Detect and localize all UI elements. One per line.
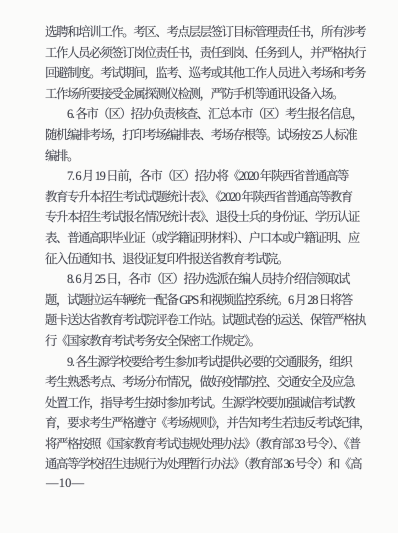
- document-text-block: 选聘和培训工作。考区、考点层层签订目标管理责任书，所有涉考工作人员必须签订岗位责…: [45, 22, 370, 475]
- text-line: 表、普通高职毕业证（或学籍证明材料）、户口本或户籍证明、应: [45, 228, 370, 249]
- text-line: 选聘和培训工作。考区、考点层层签订目标管理责任书，所有涉考: [45, 22, 370, 43]
- text-line: 随机编排考场，打印考场编排表、考场存根等。试场按 25 人标准: [45, 125, 370, 146]
- text-line: 处置工作，指导考生按时参加考试。生源学校要加强诚信考试教: [45, 393, 370, 414]
- text-line: 7. 6 月 19 日前，各市（区）招办将《2020 年陕西省普通高等: [45, 166, 370, 187]
- text-line: 6. 各市（区）招办负责核查、汇总本市（区）考生报名信息，: [45, 104, 370, 125]
- text-line: 题卡送达省教育考试院评卷工作站。试题试卷的运送、保管严格执: [45, 310, 370, 331]
- text-line: 编排。: [45, 146, 370, 167]
- text-line: 回避制度。考试期间，监考、巡考或其他工作人员进入考场和考务: [45, 63, 370, 84]
- text-line: 通高等学校招生违规行为处理暂行办法》（教育部 36 号令）和《高: [45, 454, 370, 475]
- text-line: 题，试题拉运车辆统一配备 GPS 和视频监控系统。6 月 28 日将答: [45, 290, 370, 311]
- text-line: 9. 各生源学校要给考生参加考试提供必要的交通服务，组织: [45, 352, 370, 373]
- text-line: 工作人员必须签订岗位责任书，责任到岗、任务到人，并严格执行: [45, 43, 370, 64]
- page-number: —10—: [46, 473, 84, 493]
- text-line: 8. 6 月 25 日，各市（区）招办选派在编人员持介绍信领取试: [45, 269, 370, 290]
- text-line: 教育专升本招生考试试题统计表》、《2020 年陕西省普通高等教育: [45, 187, 370, 208]
- text-line: 行《国家教育考试考务安全保密工作规定》。: [45, 331, 370, 352]
- document-page: 选聘和培训工作。考区、考点层层签订目标管理责任书，所有涉考工作人员必须签订岗位责…: [0, 0, 398, 533]
- text-line: 考生熟悉考点、考场分布情况，做好疫情防控、交通安全及应急: [45, 372, 370, 393]
- text-line: 征入伍通知书、退役证复印件报送省教育考试院。: [45, 249, 370, 270]
- text-line: 育，要求考生严格遵守《考场规则》，并告知考生若违反考试纪律，: [45, 413, 370, 434]
- text-line: 工作场所要接受金属探测仪检测，严防手机等通讯设备入场。: [45, 84, 370, 105]
- text-line: 专升本招生考试报名情况统计表》、退役士兵的身份证、学历认证: [45, 207, 370, 228]
- text-line: 将严格按照《国家教育考试违规处理办法》（教育部 33 号令）、《普: [45, 434, 370, 455]
